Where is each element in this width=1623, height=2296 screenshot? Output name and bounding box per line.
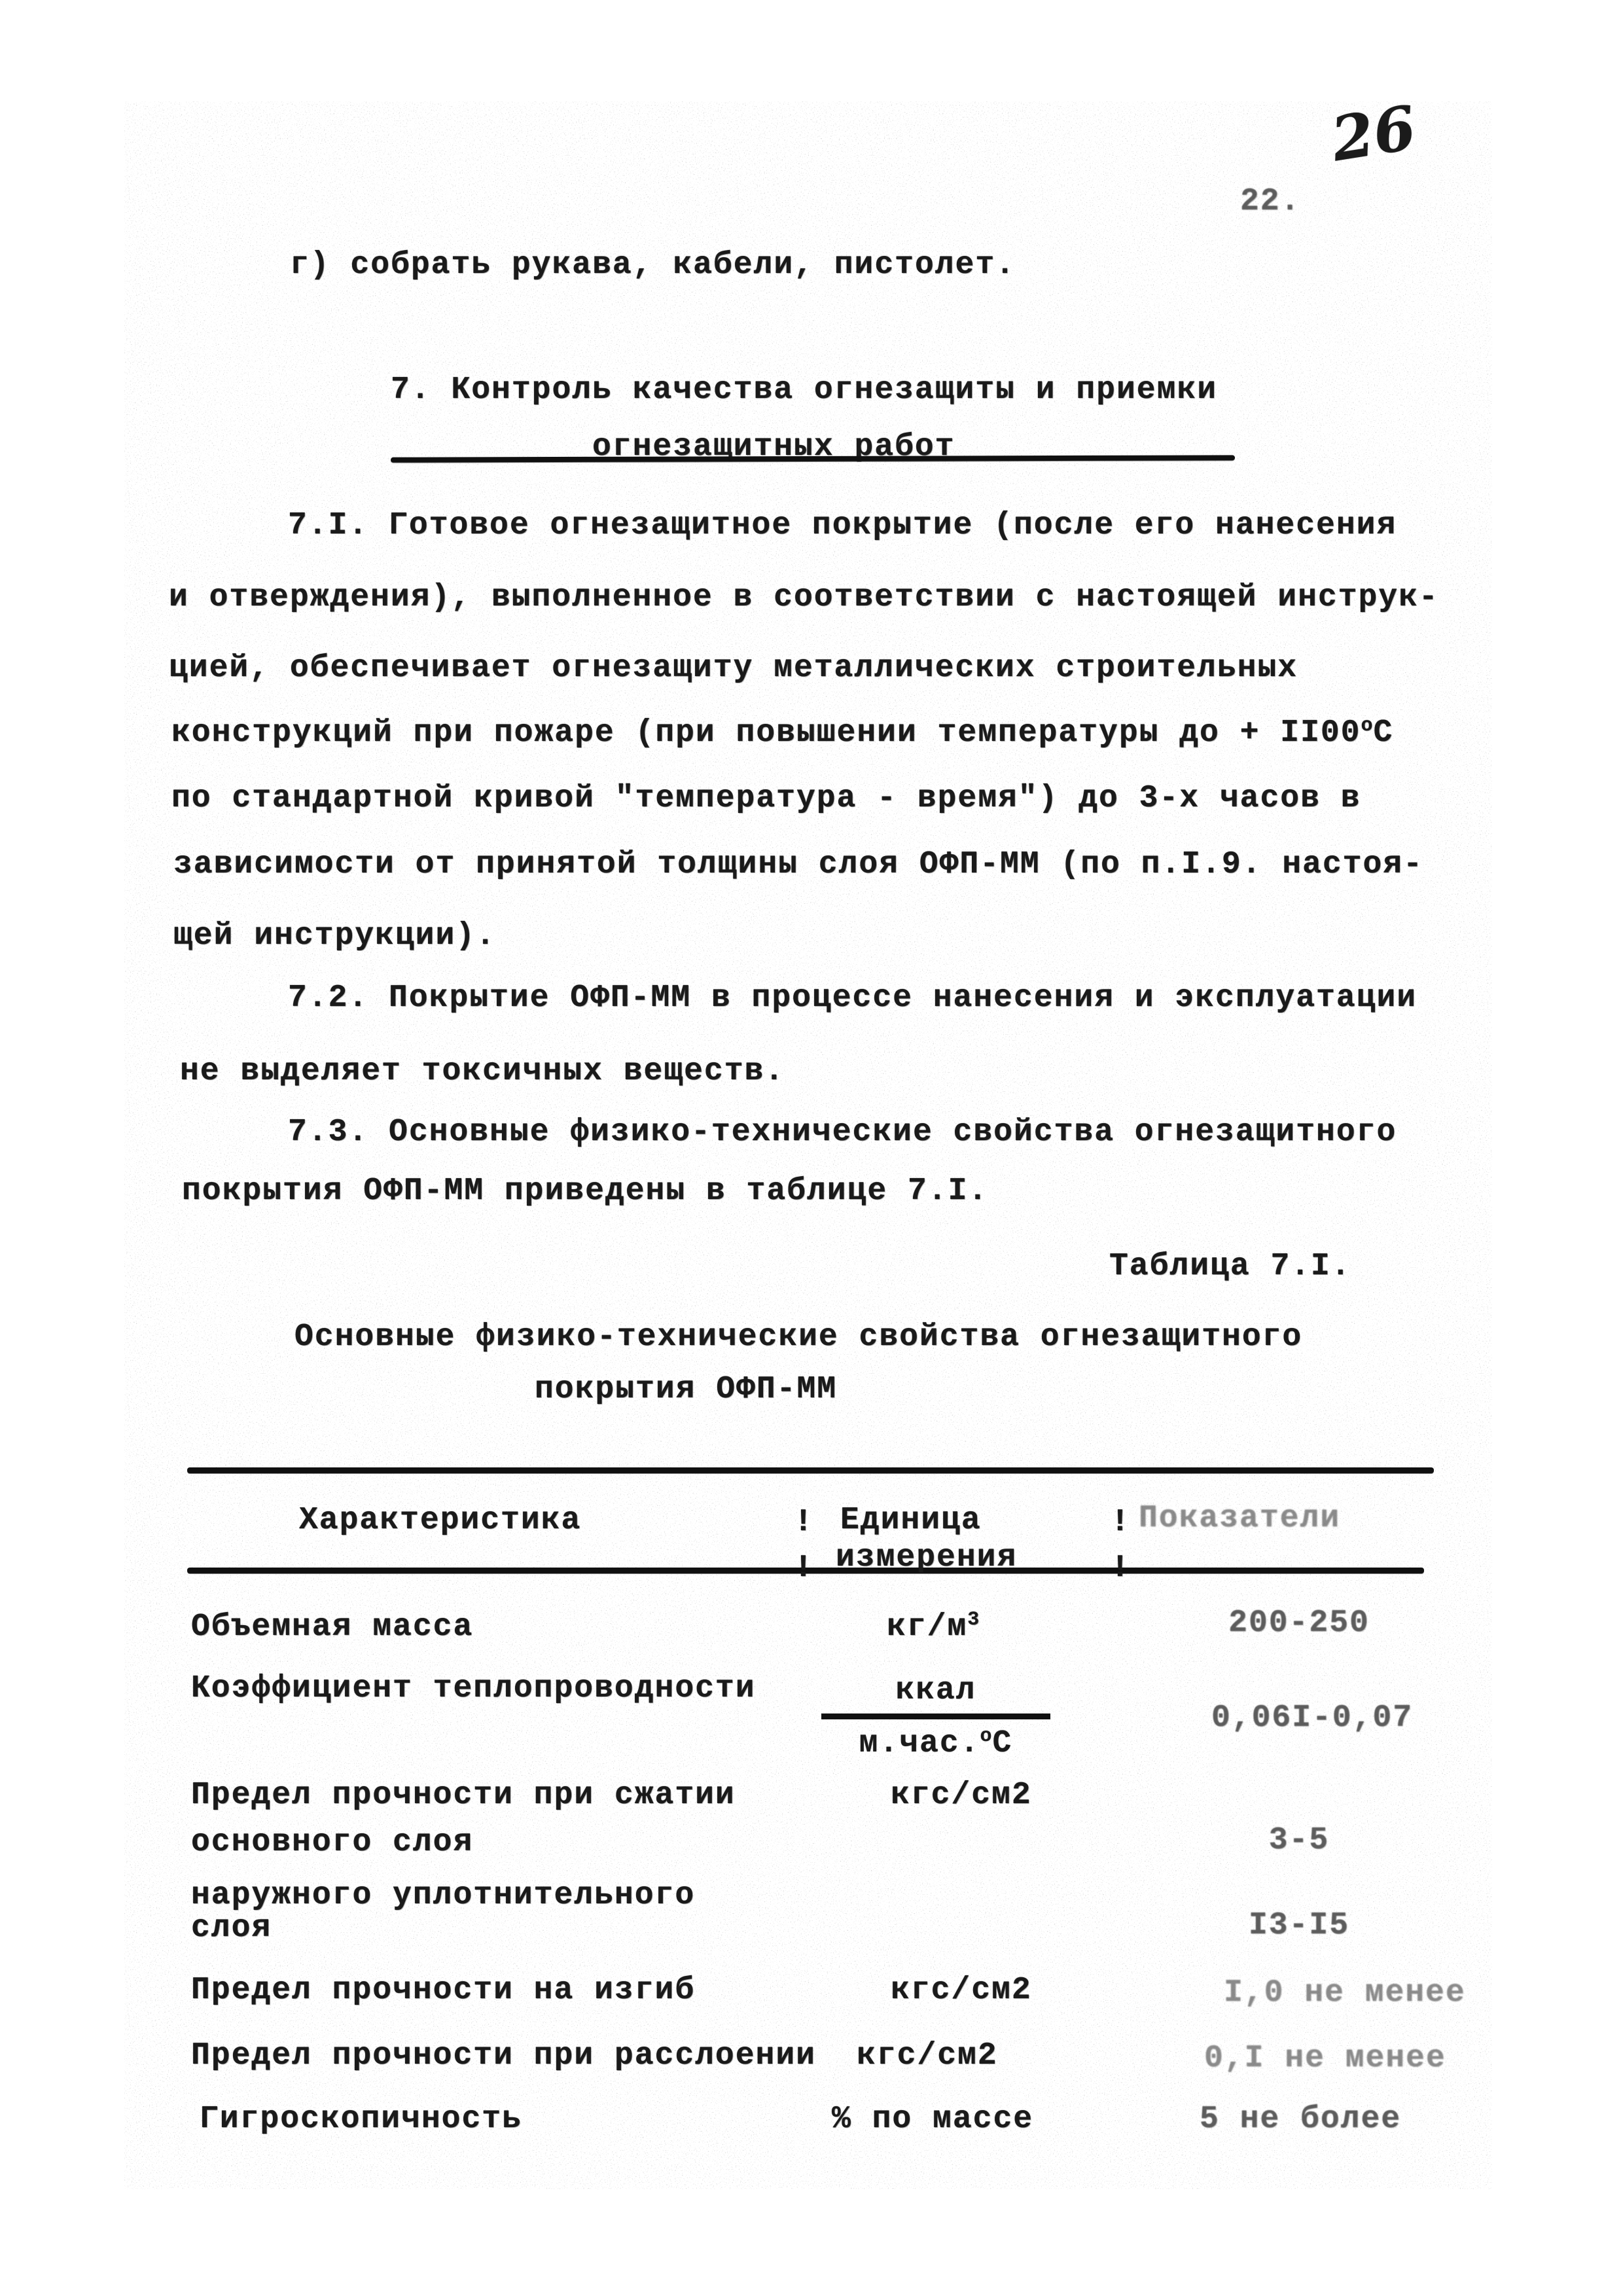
row1-value: 200-250 [1142, 1607, 1456, 1640]
p71-line5: по стандартной кривой "температура - вре… [171, 782, 1361, 815]
row2-unit-den-base: м.час. [859, 1726, 980, 1761]
row8-unit: % по массе [832, 2103, 1033, 2136]
row3-unit: кгс/см2 [891, 1779, 1032, 1812]
table-label: Таблица 7.I. [1109, 1250, 1351, 1283]
p72-line2: не выделяет токсичных веществ. [180, 1055, 785, 1088]
table-header-unit-line1: Единица [840, 1504, 982, 1537]
row1-unit-superscript: 3 [967, 1609, 980, 1631]
row5-name-line2: слоя [191, 1912, 272, 1945]
list-item-g: г) собрать рукава, кабели, пистолет. [290, 249, 1016, 281]
table-caption-line2: покрытия ОФП-ММ [535, 1373, 837, 1406]
p71-line2: и отверждения), выполненное в соответств… [169, 581, 1439, 614]
row8-name: Гигроскопичность [200, 2103, 522, 2136]
p71-line7: щей инструкции). [173, 920, 496, 952]
column-separator-2: ! ! [1111, 1500, 1131, 1591]
table-header-characteristic: Характеристика [299, 1504, 581, 1537]
p71-line4-text: конструкций при пожаре (при повышении те… [171, 715, 1361, 751]
row6-value: I,0 не менее [1224, 1977, 1466, 2009]
p71-line4: конструкций при пожаре (при повышении те… [171, 717, 1393, 749]
row1-unit: кг/м3 [887, 1611, 980, 1643]
row5-name-line1: наружного уплотнительного [191, 1879, 695, 1912]
typed-page-number: 22. [1240, 185, 1300, 218]
table-top-rule [187, 1467, 1434, 1473]
section-heading-line1: 7. Контроль качества огнезащиты и приемк… [391, 374, 1217, 406]
p72-line1: 7.2. Покрытие ОФП-ММ в процессе нанесени… [288, 982, 1417, 1014]
table-header-unit-line2: измерения [836, 1541, 1017, 1574]
row6-name: Предел прочности на изгиб [191, 1974, 695, 2007]
row2-unit-den-end: С [993, 1726, 1013, 1761]
p71-line3: цией, обеспечивает огнезащиту металличес… [169, 652, 1298, 685]
row2-unit-den-superscript: о [980, 1725, 993, 1748]
row2-unit-numerator: ккал [821, 1673, 1050, 1719]
handwritten-page-number: 26 [1327, 92, 1420, 175]
row1-unit-base: кг/м [887, 1609, 967, 1645]
row2-unit-denominator: м.час.оС [821, 1719, 1050, 1761]
row7-name: Предел прочности при расслоении [191, 2039, 816, 2072]
row7-unit: кгс/см2 [857, 2039, 998, 2072]
table-caption-line1: Основные физико-технические свойства огн… [294, 1321, 1302, 1354]
table-header-indicators: Показатели [1139, 1502, 1340, 1535]
row7-value: 0,I не менее [1204, 2042, 1446, 2075]
row5-value: I3-I5 [1142, 1909, 1456, 1942]
row4-value: 3-5 [1142, 1824, 1456, 1857]
document-page: 26 22. г) собрать рукава, кабели, пистол… [0, 0, 1623, 2296]
p73-line1: 7.3. Основные физико-технические свойств… [288, 1116, 1397, 1149]
row3-name: Предел прочности при сжатии [191, 1779, 736, 1812]
p71-line6: зависимости от принятой толщины слоя ОФП… [173, 848, 1423, 881]
row2-name: Коэффициент теплопроводности [191, 1672, 756, 1705]
row2-unit-fraction: ккал м.час.оС [821, 1673, 1050, 1761]
row1-name: Объемная масса [191, 1611, 473, 1643]
row4-name: основного слоя [191, 1826, 473, 1859]
heading-underline [391, 455, 1235, 462]
row2-value: 0,06I-0,07 [1142, 1702, 1482, 1734]
row8-value: 5 не более [1200, 2103, 1401, 2136]
p71-line4-unit: С [1374, 715, 1394, 751]
p73-line2: покрытия ОФП-ММ приведены в таблице 7.I. [182, 1175, 988, 1208]
row6-unit: кгс/см2 [891, 1974, 1032, 2007]
column-separator-1: ! ! [794, 1500, 814, 1591]
degree-superscript: о [1361, 715, 1373, 737]
p71-line1: 7.I. Готовое огнезащитное покрытие (посл… [288, 509, 1397, 542]
